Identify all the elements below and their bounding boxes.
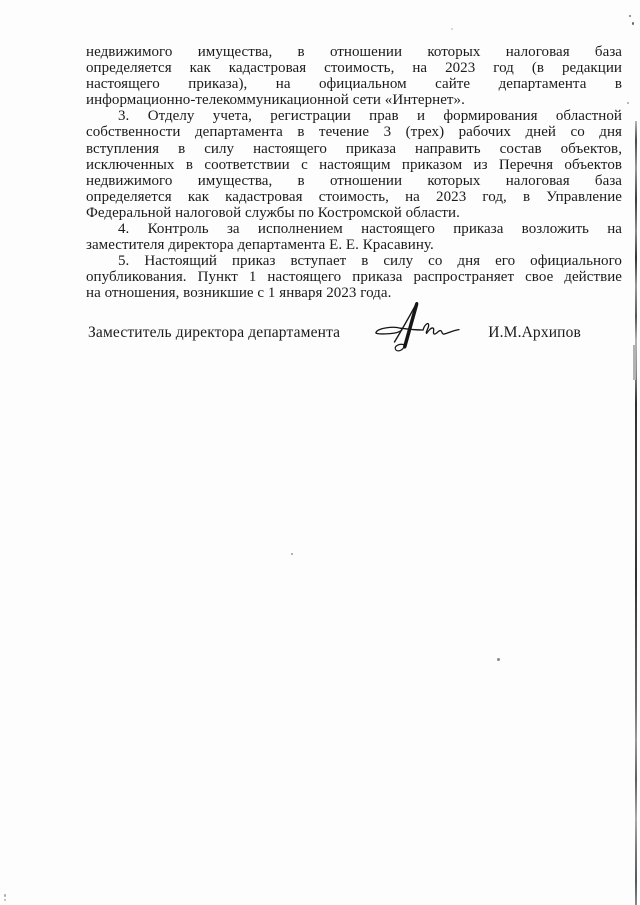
- document-line: вступления в силу настоящего приказа нап…: [86, 141, 622, 157]
- document-line: 3. Отделу учета, регистрации прав и форм…: [86, 108, 622, 124]
- document-line: опубликования. Пункт 1 настоящего приказ…: [86, 269, 622, 285]
- document-text-block: недвижимого имущества, в отношении котор…: [86, 44, 622, 302]
- scan-edge-artifact-line: [635, 121, 637, 905]
- document-line: Федеральной налоговой службы по Костромс…: [86, 205, 622, 221]
- document-line: недвижимого имущества, в отношении котор…: [86, 173, 622, 189]
- scan-speck: [627, 102, 629, 104]
- document-line: собственности департамента в течение 3 (…: [86, 124, 622, 140]
- scan-speck: [291, 553, 293, 555]
- signatory-name: И.М.Архипов: [488, 324, 581, 341]
- document-line: определяется как кадастровая стоимость, …: [86, 60, 622, 76]
- document-line: исключенных в соответствии с настоящим п…: [86, 157, 622, 173]
- document-line: настоящего приказа), на официальном сайт…: [86, 76, 622, 92]
- scanned-document-page: недвижимого имущества, в отношении котор…: [0, 0, 640, 905]
- document-line: определяется как кадастровая стоимость, …: [86, 189, 622, 205]
- document-line: недвижимого имущества, в отношении котор…: [86, 44, 622, 60]
- scan-speck: [497, 658, 500, 661]
- document-line: 5. Настоящий приказ вступает в силу со д…: [86, 253, 622, 269]
- signatory-position-label: Заместитель директора департамента: [88, 324, 340, 341]
- scan-speck: [4, 894, 6, 897]
- document-line: информационно-телекоммуникационной сети …: [86, 92, 622, 108]
- document-line: заместителя директора департамента Е. Е.…: [86, 237, 622, 253]
- document-line: на отношения, возникшие с 1 января 2023 …: [86, 285, 622, 301]
- scan-speck: [4, 899, 6, 901]
- scan-speck: [632, 22, 634, 25]
- handwritten-signature-icon: [371, 301, 463, 354]
- document-line: 4. Контроль за исполнением настоящего пр…: [86, 221, 622, 237]
- scan-speck: [451, 28, 453, 30]
- signature-block: Заместитель директора департамента И.М.А…: [88, 324, 581, 341]
- scan-speck: [629, 15, 631, 17]
- scan-edge-artifact-band: [633, 345, 636, 380]
